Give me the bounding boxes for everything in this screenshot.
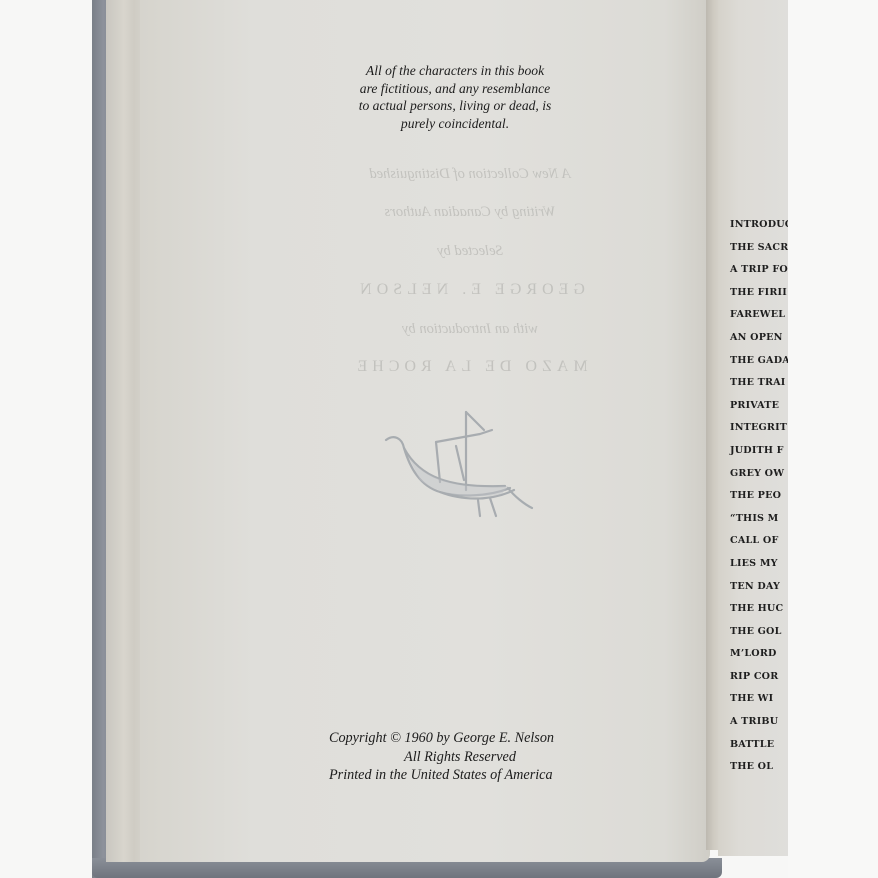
toc-entry: INTEGRIT [730, 417, 788, 440]
copyright-notice: Copyright © 1960 by George E. Nelson All… [320, 729, 600, 785]
toc-entry: A TRIP FO [730, 259, 788, 282]
bleed-line: with an Introduction by [320, 321, 620, 338]
sailing-ship-icon [380, 408, 540, 528]
toc-entry: A TRIBU [730, 711, 788, 734]
disclaimer-line: purely coincidental. [340, 115, 570, 133]
toc-entry: PRIVATE [730, 395, 788, 418]
toc-entry: BATTLE [730, 734, 788, 757]
toc-entry: THE TRAI [730, 372, 788, 395]
toc-entry: INTRODUC [730, 214, 788, 237]
disclaimer-line: are fictitious, and any resemblance [340, 80, 570, 98]
toc-entry: LIES MY [730, 553, 788, 576]
bleed-line: GEORGE E. NELSON [320, 281, 620, 299]
toc-entry: AN OPEN [730, 327, 788, 350]
toc-entry: M’LORD [730, 643, 788, 666]
toc-entry: THE OL [730, 756, 788, 779]
bleed-line: MAZO DE LA ROCHE [320, 358, 620, 376]
toc-entry: RIP COR [730, 666, 788, 689]
toc-entry: CALL OF [730, 530, 788, 553]
toc-entry: THE GADA [730, 350, 788, 373]
toc-entry: “THIS M [730, 508, 788, 531]
table-of-contents: INTRODUC THE SACR A TRIP FO THE FIRII FA… [730, 214, 788, 779]
copyright-line: Copyright © 1960 by George E. Nelson [320, 729, 600, 748]
toc-entry: THE WI [730, 688, 788, 711]
bleed-line: A New Collection of Distinguished [320, 166, 620, 183]
toc-entry: FAREWEL [730, 304, 788, 327]
fiction-disclaimer: All of the characters in this book are f… [340, 62, 570, 132]
toc-entry: THE GOL [730, 621, 788, 644]
toc-entry: GREY OW [730, 463, 788, 486]
disclaimer-line: All of the characters in this book [340, 62, 570, 80]
toc-entry: TEN DAY [730, 576, 788, 599]
toc-entry: JUDITH F [730, 440, 788, 463]
disclaimer-line: to actual persons, living or dead, is [340, 97, 570, 115]
background [788, 0, 878, 878]
toc-entry: THE HUC [730, 598, 788, 621]
rights-line: All Rights Reserved [320, 748, 600, 767]
toc-entry: THE SACR [730, 237, 788, 260]
toc-entry: THE PEO [730, 485, 788, 508]
printed-line: Printed in the United States of America [320, 766, 600, 785]
bleed-line: Writing by Canadian Authors [320, 204, 620, 221]
contents-page-clip: INTRODUC THE SACR A TRIP FO THE FIRII FA… [718, 0, 788, 856]
bleed-line: Selected by [320, 243, 620, 260]
toc-entry: THE FIRII [730, 282, 788, 305]
